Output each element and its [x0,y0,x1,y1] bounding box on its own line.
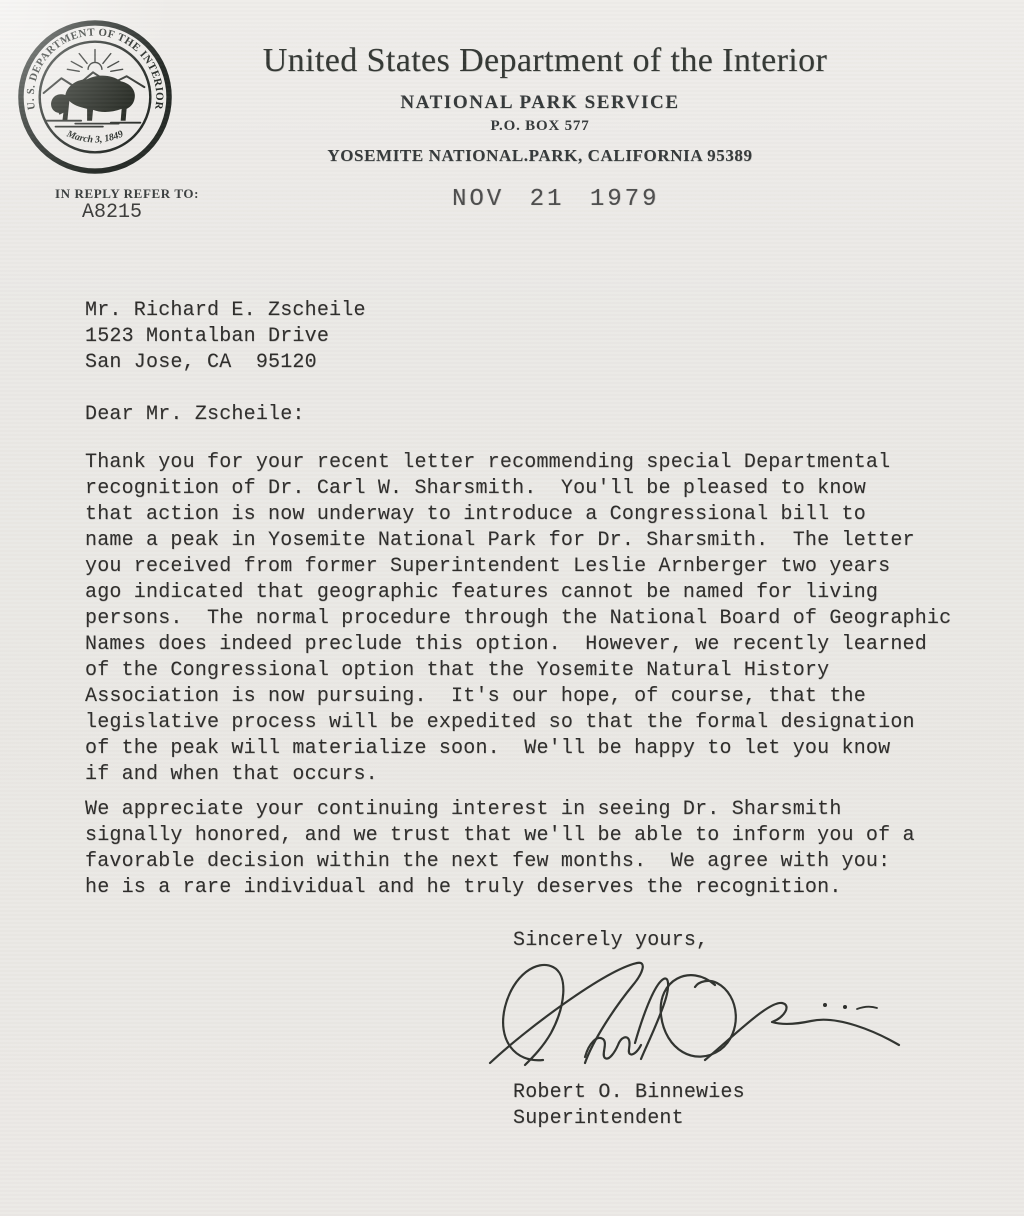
date-stamp: NOV 21 1979 [452,186,659,213]
letterhead-po-box: P.O. BOX 577 [240,118,840,135]
reply-refer-label: IN REPLY REFER TO: [12,186,242,202]
salutation: Dear Mr. Zscheile: [85,402,305,428]
recipient-address: Mr. Richard E. Zscheile 1523 Montalban D… [85,298,366,376]
seal-sun-rays-icon [67,50,122,72]
reply-refer-code: A8215 [12,201,212,224]
letterhead-address: YOSEMITE NATIONAL.PARK, CALIFORNIA 95389 [190,146,890,166]
signature-scribble [485,945,905,1095]
seal-date-text: March 3, 1849 [64,128,125,145]
letterhead-agency: NATIONAL PARK SERVICE [240,92,840,114]
seal-ground-icon [46,121,141,127]
letter-page: U. S. DEPARTMENT OF THE INTERIOR March 3… [0,0,1024,1216]
signature-ink-dots [823,1003,847,1009]
seal-bison-icon [51,76,135,121]
signer-title: Superintendent [513,1106,684,1132]
signer-name: Robert O. Binnewies [513,1080,745,1106]
letterhead-department: United States Department of the Interior [120,42,970,80]
body-paragraph-1: Thank you for your recent letter recomme… [85,450,985,788]
body-paragraph-2: We appreciate your continuing interest i… [85,797,985,901]
svg-text:March 3, 1849: March 3, 1849 [64,128,125,145]
